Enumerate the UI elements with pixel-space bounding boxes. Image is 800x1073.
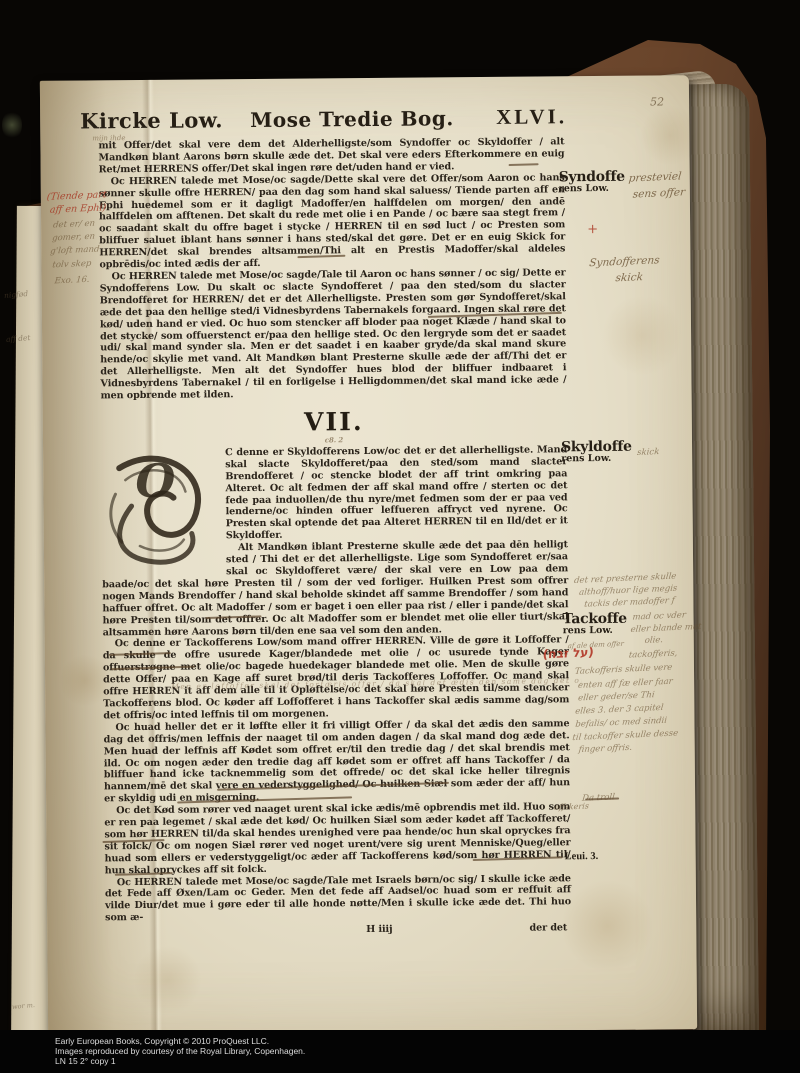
chapter-seven-section: O C denne er Skyldofferens Low/oc det er… [101,444,569,639]
marginalia-handwriting: eller geder/se Thi [578,690,655,703]
red-ink-cross: + [587,222,598,237]
marginalia-handwriting: Exo. 16. [54,275,90,287]
marginalia-handwriting: befalis/ oc med sindii [575,716,668,730]
paragraph: Oc HERREN talede met Mose/oc sagde/Tale … [105,873,571,925]
marginalia-handwriting: mad oc vder [632,610,686,622]
marginalia-handwriting: enten aff fæ eller faar [577,677,673,691]
paragraph: Oc huad heller det er it løffte eller it… [103,718,570,805]
signature-line: H iiij der det [105,922,571,938]
catchword: der det [529,922,567,934]
header-book-title: Mose Tredie Bog. [250,106,454,132]
marginalia-handwriting: sens offer [632,186,685,200]
marginalia-handwriting: skick [637,447,660,458]
attribution-line: Images reproduced by courtesy of the Roy… [55,1046,305,1056]
initial-letter: O [135,476,175,488]
marginalia-hebrew-note: (על זבח) [542,645,594,661]
attribution-line: LN 15 2° copy 1 [55,1056,116,1066]
marginalia-handwriting: tolv skep [52,259,92,271]
paragraph: mit Offer/det skal vere dem det Alderhel… [98,136,564,176]
attribution-line: Early European Books, Copyright © 2010 P… [55,1036,269,1046]
marginalia-handwriting: tackofferis, [628,648,678,660]
marginalia-handwriting: Syndofferens [589,254,660,269]
book-page: 52 Kircke Low. Mose Tredie Bog. XLVI. mi… [40,75,697,1035]
marginalia-handwriting: elles 3. der 3 capitel [575,703,664,717]
marginalia-handwriting: olie. [644,635,663,646]
photo-backdrop: nigfød aff det wor m. 52 Kircke Low. Mos… [0,0,800,1073]
marginalia-handwriting: finger offris. [578,743,633,755]
header-section-title: Kircke Low. [80,107,223,133]
marginalia-handwriting: Tackofferis skulle vere [574,663,672,677]
paragraph: Oc HERREN talede met Mose/oc sagde/Tale … [100,267,567,402]
margin-note-leviticus-ref: Leui. 3. [565,851,599,862]
marginalia-handwriting: til tackoffer skulle desse [572,728,679,743]
marginalia-handwriting: eller blande met [630,622,702,635]
marginalia-handwriting: tackis der madoffer f [584,596,675,610]
edge-smudge-stain [2,110,22,140]
header-folio-roman: XLVI. [496,104,567,130]
marginalia-handwriting: presteviel [628,170,682,184]
quire-signature: H iiij [366,924,392,936]
marginalia-handwriting: gomer, en [52,232,96,244]
attribution-bar: Early European Books, Copyright © 2010 P… [0,1030,800,1073]
chapter-heading: VII. [101,407,567,437]
woodcut-initial: O [101,449,216,566]
paragraph: Oc det Kød som rører ved naaget urent sk… [104,801,571,877]
marginalia-handwriting: det er/ en [53,219,96,231]
marginalia-handwriting: skick [615,271,644,284]
